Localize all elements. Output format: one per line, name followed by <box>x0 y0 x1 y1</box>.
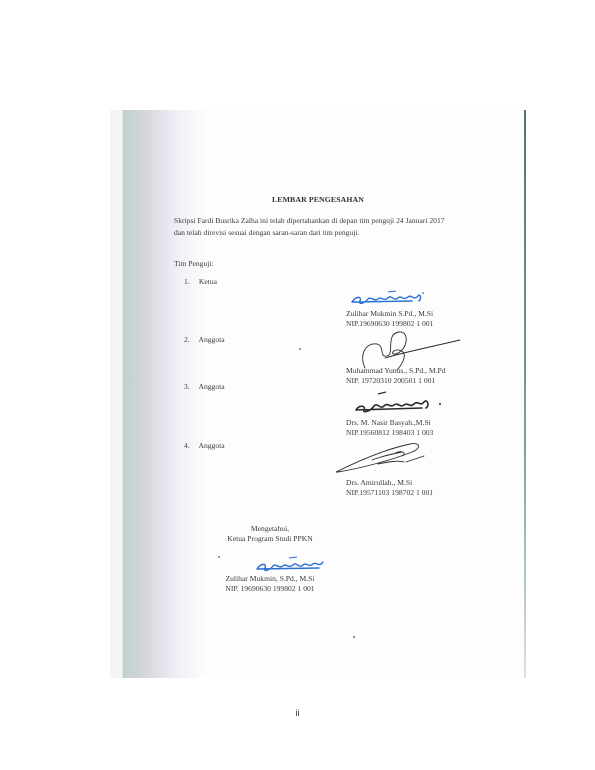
page-number: ii <box>0 708 595 718</box>
approval-sheet: LEMBAR PENGESAHAN Skripsi Fardi Busrika … <box>110 110 526 678</box>
examiner-name: Drs. Amirullah., M.Si <box>346 478 433 488</box>
examiner-number: 3. <box>184 382 197 391</box>
examiner-team-label: Tim Penguji: <box>174 259 214 268</box>
examiner-number: 1. <box>184 277 197 286</box>
examiner-role: 2. Anggota <box>184 335 225 344</box>
examiner-number: 4. <box>184 441 197 450</box>
page-title: LEMBAR PENGESAHAN <box>110 195 526 204</box>
examiner-role-label: Anggota <box>198 441 224 450</box>
approval-signer: Zulihar Mukmin, S.Pd., M.Si NIP. 1969063… <box>110 574 430 594</box>
examiner-role-label: Ketua <box>199 277 217 286</box>
intro-paragraph: Skripsi Fardi Busrika Zalha ini telah di… <box>174 215 504 238</box>
examiner-number: 2. <box>184 335 197 344</box>
examiner-role: 3. Anggota <box>184 382 225 391</box>
examiner-signer: Drs. M. Nasir Basyah.,M.Si NIP.19560812 … <box>346 418 433 438</box>
examiner-nip: NIP.19560812 198403 1 003 <box>346 428 433 438</box>
intro-line: Skripsi Fardi Busrika Zalha ini telah di… <box>174 215 504 227</box>
approval-nip: NIP. 19690630 199802 1 001 <box>110 584 430 594</box>
examiner-signer: Drs. Amirullah., M.Si NIP.19571103 19870… <box>346 478 433 498</box>
examiner-name: Zulihar Mukmin S.Pd., M.Si <box>346 309 433 319</box>
approval-label: Mengetahui, <box>110 524 430 534</box>
blue-signature-icon <box>348 286 428 308</box>
intro-line: dan telah direvisi sesuai dengan saran-s… <box>174 227 504 239</box>
black-signature-icon <box>332 440 432 476</box>
examiner-nip: NIP. 19720310 200501 1 001 <box>346 376 446 386</box>
examiner-role: 1. Ketua <box>184 277 217 286</box>
approval-position: Ketua Program Studi PPKN <box>110 534 430 544</box>
scan-speck <box>299 348 301 350</box>
scan-speck <box>353 636 355 638</box>
blue-signature-icon <box>253 552 333 574</box>
scanned-page: LEMBAR PENGESAHAN Skripsi Fardi Busrika … <box>110 110 526 678</box>
examiner-name: Muhammad Yunus., S.Pd., M.Pd <box>346 366 446 376</box>
approval-block: Mengetahui, Ketua Program Studi PPKN <box>110 524 430 544</box>
examiner-role-label: Anggota <box>198 335 224 344</box>
examiner-name: Drs. M. Nasir Basyah.,M.Si <box>346 418 433 428</box>
approval-name: Zulihar Mukmin, S.Pd., M.Si <box>110 574 430 584</box>
examiner-nip: NIP.19571103 198702 1 001 <box>346 488 433 498</box>
scan-speck <box>218 556 220 558</box>
examiner-role: 4. Anggota <box>184 441 225 450</box>
examiner-role-label: Anggota <box>198 382 224 391</box>
black-signature-icon <box>352 390 452 416</box>
examiner-signer: Muhammad Yunus., S.Pd., M.Pd NIP. 197203… <box>346 366 446 386</box>
examiner-signer: Zulihar Mukmin S.Pd., M.Si NIP.19690630 … <box>346 309 433 329</box>
